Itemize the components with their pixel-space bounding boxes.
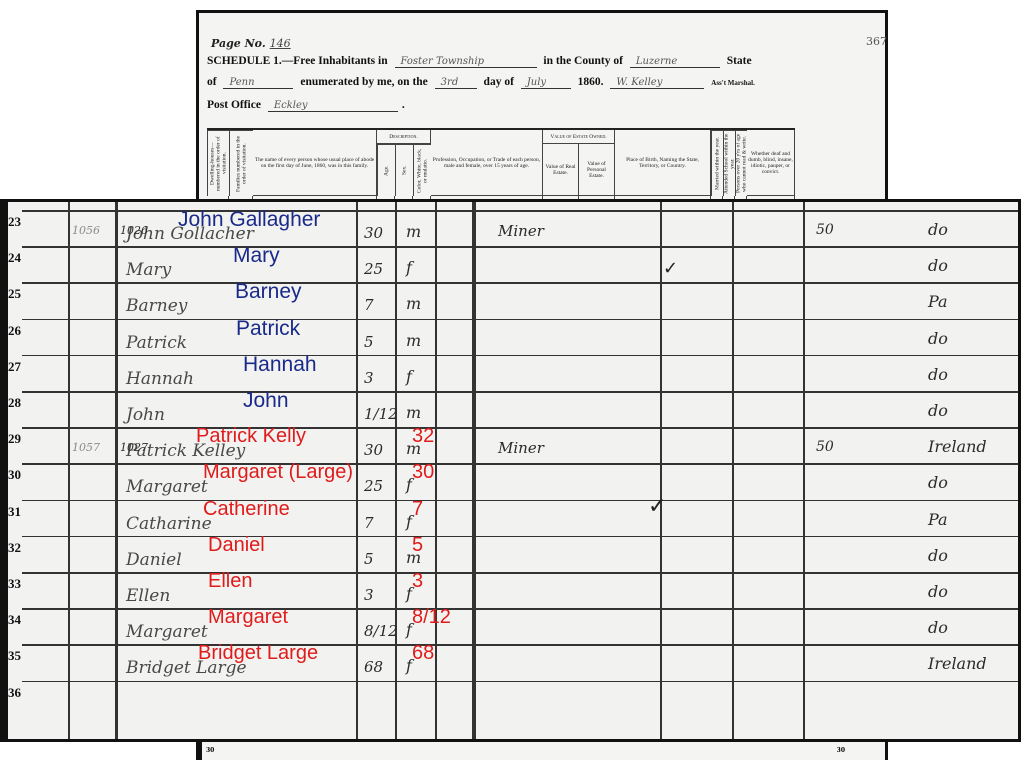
handwritten-name: Hannah	[126, 369, 194, 389]
handwritten-name: Mary	[126, 260, 171, 280]
col-header-illiterate: Persons over 20 y'rs of age who cannot r…	[735, 130, 747, 196]
row-line-number: 35	[8, 648, 26, 664]
handwritten-age: 30	[364, 441, 383, 459]
handwritten-name: Margaret	[126, 622, 208, 642]
annotation-age: 68	[412, 643, 434, 663]
row-line-number: 30	[8, 467, 26, 483]
handwritten-age: 8/12	[364, 622, 398, 640]
annotation-age: 8/12	[412, 607, 451, 627]
enumerated-label: enumerated by me, on the	[300, 76, 427, 88]
page-number: Page No. 146	[211, 37, 266, 50]
col-header-color: Color, White, black, or mulatto.	[413, 144, 431, 196]
handwritten-birthplace: do	[928, 256, 948, 275]
handwritten-name: Daniel	[126, 550, 182, 570]
handwritten-name: Patrick	[126, 333, 187, 353]
post-office-value: Eckley	[268, 100, 398, 112]
row-line-number: 27	[8, 359, 26, 375]
enumeration-line: of Penn enumerated by me, on the 3rd day…	[207, 76, 755, 89]
handwritten-birthplace: Ireland	[928, 654, 987, 673]
col-header-personal-estate: Value of Personal Estate.	[579, 144, 615, 196]
handwritten-birthplace: do	[928, 220, 948, 239]
handwritten-birthplace: Ireland	[928, 437, 987, 456]
of-label: of	[207, 76, 217, 88]
col-header-birthplace: Place of Birth, Naming the State, Territ…	[615, 130, 711, 196]
annotation-age: 30	[412, 462, 434, 482]
state-label: State	[727, 55, 752, 67]
marshal-signature: W. Kelley	[610, 77, 704, 89]
personal-estate-value: 50	[816, 222, 834, 238]
annotation-name: Hannah	[243, 354, 317, 375]
row-line-number: 36	[8, 685, 26, 701]
row-rule	[22, 246, 1018, 248]
handwritten-name: Ellen	[126, 586, 170, 606]
handwritten-occupation: Miner	[498, 439, 544, 457]
bottom-line-number-right: 30	[837, 747, 845, 754]
handwritten-birthplace: do	[928, 329, 948, 348]
annotation-age: 3	[412, 571, 423, 591]
row-rule	[22, 391, 1018, 393]
row-rule	[22, 608, 1018, 610]
annotation-age: 32	[412, 426, 434, 446]
handwritten-age: 7	[364, 514, 374, 532]
annotation-age: 5	[412, 535, 423, 555]
handwritten-name: Barney	[126, 296, 187, 316]
year-value: 1860.	[578, 76, 604, 88]
handwritten-birthplace: do	[928, 546, 948, 565]
row-rule	[22, 319, 1018, 321]
state-value: Penn	[223, 77, 293, 89]
handwritten-age: 25	[364, 477, 383, 495]
handwritten-sex: f	[406, 258, 412, 277]
handwritten-sex: m	[406, 294, 421, 313]
handwritten-age: 7	[364, 296, 374, 314]
annotation-name: John	[243, 390, 289, 411]
col-header-dwelling: Dwelling-houses—numbered in the order of…	[207, 130, 229, 196]
schedule-line: SCHEDULE 1.—Free Inhabitants in Foster T…	[207, 55, 752, 68]
page-label: Page No.	[211, 37, 266, 50]
marshal-label: Ass't Marshal.	[711, 79, 755, 87]
col-header-name: The name of every person whose usual pla…	[253, 130, 377, 196]
col-header-occupation: Profession, Occupation, or Trade of each…	[431, 130, 543, 196]
handwritten-birthplace: do	[928, 582, 948, 601]
row-rule	[22, 427, 1018, 429]
col-header-disability: Whether deaf and dumb, blind, insane, id…	[747, 130, 795, 196]
day-of-label: day of	[484, 76, 514, 88]
annotation-name: Mary	[233, 245, 280, 266]
row-line-number: 32	[8, 540, 26, 556]
page-number-value: 146	[270, 37, 291, 50]
row-line-number: 25	[8, 286, 26, 302]
handwritten-age: 5	[364, 550, 374, 568]
row-rule	[22, 681, 1018, 683]
col-header-sex: Sex.	[395, 144, 413, 196]
annotation-name: John Gallagher	[178, 209, 320, 230]
census-table-zoomed: 2310561026John Gollacher30mMiner50doJohn…	[0, 199, 1021, 742]
row-line-number: 33	[8, 576, 26, 592]
post-office-line: Post Office Eckley.	[207, 99, 405, 112]
handwritten-birthplace: do	[928, 365, 948, 384]
column-headers: Dwelling-houses—numbered in the order of…	[207, 128, 795, 208]
county-label: in the County of	[543, 55, 623, 67]
col-header-family: Families numbered in the order of visita…	[229, 130, 253, 196]
handwritten-sex: m	[406, 331, 421, 350]
row-rule	[22, 282, 1018, 284]
handwritten-birthplace: do	[928, 618, 948, 637]
sheet-number: 367	[866, 35, 887, 48]
handwritten-occupation: Miner	[498, 222, 544, 240]
annotation-name: Bridget Large	[198, 643, 318, 663]
annotation-name: Patrick Kelly	[196, 426, 306, 446]
handwritten-age: 5	[364, 333, 374, 351]
handwritten-name: Margaret	[126, 477, 208, 497]
row-rule	[22, 572, 1018, 574]
handwritten-name: John	[126, 405, 165, 425]
bottom-line-number-left: 30	[206, 747, 214, 754]
row-rule	[22, 355, 1018, 357]
handwritten-age: 25	[364, 260, 383, 278]
row-rule	[22, 644, 1018, 646]
post-office-label: Post Office	[207, 99, 261, 111]
annotation-name: Daniel	[208, 535, 265, 555]
handwritten-age: 3	[364, 369, 374, 387]
col-header-real-estate: Value of Real Estate.	[543, 144, 579, 196]
handwritten-age: 30	[364, 224, 383, 242]
row-rule	[22, 536, 1018, 538]
col-header-value-group: Value of Estate Owned.	[543, 130, 615, 144]
handwritten-age: 1/12	[364, 405, 398, 423]
annotation-name: Margaret (Large)	[203, 462, 353, 482]
row-line-number: 31	[8, 504, 26, 520]
check-mark-icon: ✓	[663, 258, 678, 279]
col-header-married: Married within the year.	[711, 130, 723, 196]
handwritten-birthplace: do	[928, 473, 948, 492]
month-value: July	[521, 77, 571, 89]
dwelling-number: 1057	[72, 441, 100, 454]
schedule-label: SCHEDULE 1.—Free Inhabitants in	[207, 55, 388, 67]
county-value: Luzerne	[630, 56, 720, 68]
annotation-name: Catherine	[203, 499, 290, 519]
row-line-number: 29	[8, 431, 26, 447]
handwritten-birthplace: Pa	[928, 292, 948, 311]
annotation-name: Barney	[235, 281, 302, 302]
census-sheet-bottom-strip: 30 30	[196, 741, 888, 760]
row-line-number: 26	[8, 323, 26, 339]
check-mark-icon: ✓	[648, 494, 666, 519]
row-line-number: 24	[8, 250, 26, 266]
handwritten-sex: m	[406, 222, 421, 241]
dwelling-number: 1056	[72, 224, 100, 237]
annotation-name: Margaret	[208, 607, 288, 627]
handwritten-birthplace: Pa	[928, 510, 948, 529]
row-rule	[22, 210, 1018, 212]
col-header-school: Attended School within the year.	[723, 130, 735, 196]
handwritten-age: 68	[364, 658, 383, 676]
row-line-number: 34	[8, 612, 26, 628]
township-value: Foster Township	[395, 56, 537, 68]
col-header-description-group: Description.	[377, 130, 431, 144]
row-line-number: 28	[8, 395, 26, 411]
handwritten-sex: f	[406, 367, 412, 386]
col-header-age: Age.	[377, 144, 395, 196]
personal-estate-value: 50	[816, 439, 834, 455]
day-value: 3rd	[435, 77, 477, 89]
row-rule	[22, 463, 1018, 465]
row-rule	[22, 500, 1018, 502]
row-line-number: 23	[8, 214, 26, 230]
annotation-age: 7	[412, 499, 423, 519]
handwritten-name: Catharine	[126, 514, 212, 534]
handwritten-birthplace: do	[928, 401, 948, 420]
handwritten-sex: m	[406, 403, 421, 422]
annotation-name: Ellen	[208, 571, 252, 591]
annotation-name: Patrick	[236, 318, 300, 339]
handwritten-age: 3	[364, 586, 374, 604]
